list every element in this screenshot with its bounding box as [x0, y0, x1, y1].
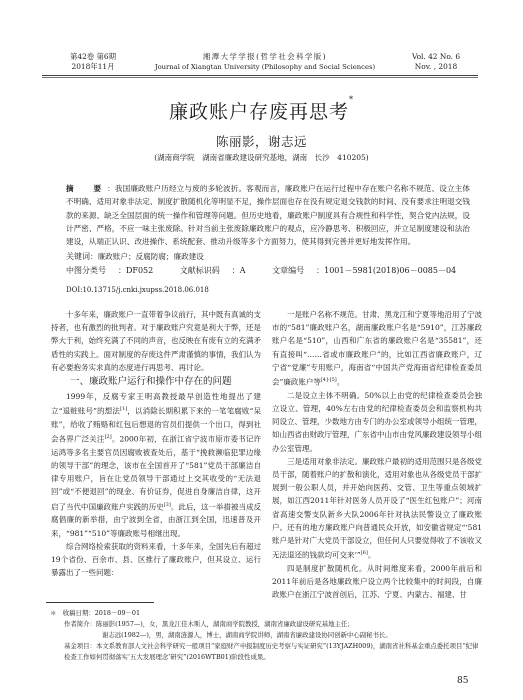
paragraph-text: 一是账户名称不规范。甘肃、黑龙江和宁夏等地沿用了宁波市的“581”廉政账户名，湖…	[272, 310, 482, 387]
article-authors: 陈丽影，谢志远	[0, 132, 523, 150]
journal-title-en: Journal of Xiangtan University (Philosop…	[150, 62, 380, 72]
paragraph: 十多年来，廉政账户一直带着争议前行，其中既有真诚的支持者，也有激烈的批判者。对于…	[51, 308, 261, 374]
article-number: 文章编号：1001－5981(2018)06－0085－04	[272, 266, 468, 275]
citation-ref[interactable]: [6]	[361, 550, 368, 556]
title-footnote-mark: *	[349, 95, 354, 104]
keywords: 关键词：廉政账户；反腐防腐；廉政建设	[66, 250, 470, 263]
section-heading: 一、廉政账户运行和操作中存在的问题	[51, 375, 261, 389]
paragraph: 一是账户名称不规范。甘肃、黑龙江和宁夏等地沿用了宁波市的“581”廉政账户名，湖…	[272, 308, 482, 389]
clc-label: 中图分类号	[66, 266, 106, 275]
paragraph-text: 。	[337, 378, 345, 387]
running-header-center: 湘潭大学学报(哲学社会科学版) Journal of Xiangtan Univ…	[150, 52, 380, 72]
paragraph: 综合网络检索获取的资料来看，十多年来，全国先后有超过19个省份、百余市、县、区推…	[51, 540, 261, 580]
paragraph-text: 。	[368, 551, 376, 560]
paragraph: 二是设立主体不明确。50%以上由党的纪律检查委员会独立设立、管理，40%左右由党…	[272, 389, 482, 455]
abstract-text: ：我国廉政账户历经立与废的多轮波折。客观而言，廉政账户在运行过程中存在账户名称不…	[66, 184, 470, 246]
article-title-text: 廉政账户存废再思考	[169, 101, 349, 123]
citation-ref[interactable]: [4]-[5]	[321, 377, 337, 383]
doc-code-label: 文献标识码	[180, 266, 220, 275]
footnote-fund: 基金项目：本文系教育部人文社会科学研究一般项目“家庭财产申报制度历史考察与实证研…	[50, 641, 480, 663]
header-volume-en: Vol. 42 No. 6	[400, 52, 472, 62]
article-affiliation: (湖南商学院 湖南省廉政建设研究基地，湖南 长沙 410205)	[0, 152, 523, 163]
clc-code: 中图分类号：DF052	[66, 266, 165, 275]
citation-ref[interactable]: [2]	[105, 434, 112, 440]
article-no-value: ：1001－5981(2018)06－0085－04	[316, 266, 456, 275]
paragraph-text: 三是适用对象非法定。廉政账户最初的适用范围只是各级党员干部，随着账户的扩散和演化…	[272, 457, 482, 560]
author-info-1: 陈丽影(1957—)，女，黑龙江佳木斯人，湖南商学院教授，湖南省廉政建设研究基地…	[96, 620, 354, 628]
clc-value: ：DF052	[118, 266, 153, 275]
footnote-author-2: 谢志远(1982—)，男，湖南涟源人，博士，湖南商学院讲师，湖南省廉政建设协同创…	[50, 630, 480, 641]
classification-line: 中图分类号：DF052 文献标识码：A 文章编号：1001－5981(2018)…	[66, 264, 470, 277]
citation-ref[interactable]: [3]	[164, 502, 171, 508]
header-date-en: Nov. , 2018	[400, 62, 472, 72]
paragraph: 四是制度扩散随机化。从时间维度来看，2000年前后和2011年前后是各地廉政账户…	[272, 562, 482, 602]
running-header-right: Vol. 42 No. 6 Nov. , 2018	[400, 52, 472, 72]
header-rule	[42, 75, 478, 76]
header-rule-thin	[42, 77, 478, 78]
journal-title-cn: 湘潭大学学报(哲学社会科学版)	[150, 52, 380, 62]
paragraph-text: 。2000年初，在浙江省宁波市原市委书记许运鸿等多名主要官员因腐败被查处后，基于…	[51, 435, 261, 512]
article-title: 廉政账户存废再思考*	[0, 97, 523, 124]
body-column-left: 十多年来，廉政账户一直带着争议前行，其中既有真诚的支持者，也有激烈的批判者。对于…	[51, 308, 261, 579]
footnotes: ＊ 收稿日期：2018－09－01 作者简介：陈丽影(1957—)，女，黑龙江佳…	[50, 608, 480, 663]
header-volume-cn: 第42卷 第6期	[58, 52, 128, 62]
keywords-label: 关键词	[66, 252, 90, 261]
footnote-author-1: 作者简介：陈丽影(1957—)，女，黑龙江佳木斯人，湖南商学院教授，湖南省廉政建…	[50, 619, 480, 630]
header-date-cn: 2018年11月	[58, 62, 128, 72]
page-number: 85	[457, 676, 468, 686]
running-header-left: 第42卷 第6期 2018年11月	[58, 52, 128, 72]
abstract-label: 摘 要	[66, 184, 107, 193]
paragraph: 1999年，反腐专家王明高教授最早创造性地提出了建立“退赃账号”的想法[1]，以…	[51, 390, 261, 540]
author-info-label: 作者简介：	[64, 620, 96, 628]
doc-code-value: ：A	[232, 266, 246, 275]
body-column-right: 一是账户名称不规范。甘肃、黑龙江和宁夏等地沿用了宁波市的“581”廉政账户名，湖…	[272, 308, 482, 601]
footnote-received: ＊ 收稿日期：2018－09－01	[50, 608, 480, 619]
keywords-text: ：廉政账户；反腐防腐；廉政建设	[90, 252, 204, 261]
abstract: 摘 要：我国廉政账户历经立与废的多轮波折。客观而言，廉政账户在运行过程中存在账户…	[66, 182, 470, 248]
paragraph: 三是适用对象非法定。廉政账户最初的适用范围只是各级党员干部，随着账户的扩散和演化…	[272, 455, 482, 562]
doi[interactable]: DOI:10.13715/j.cnki.jxupss.2018.06.018	[66, 286, 209, 294]
article-no-label: 文章编号	[272, 266, 304, 275]
document-code: 文献标识码：A	[180, 266, 258, 275]
footnote-rule	[46, 602, 154, 603]
